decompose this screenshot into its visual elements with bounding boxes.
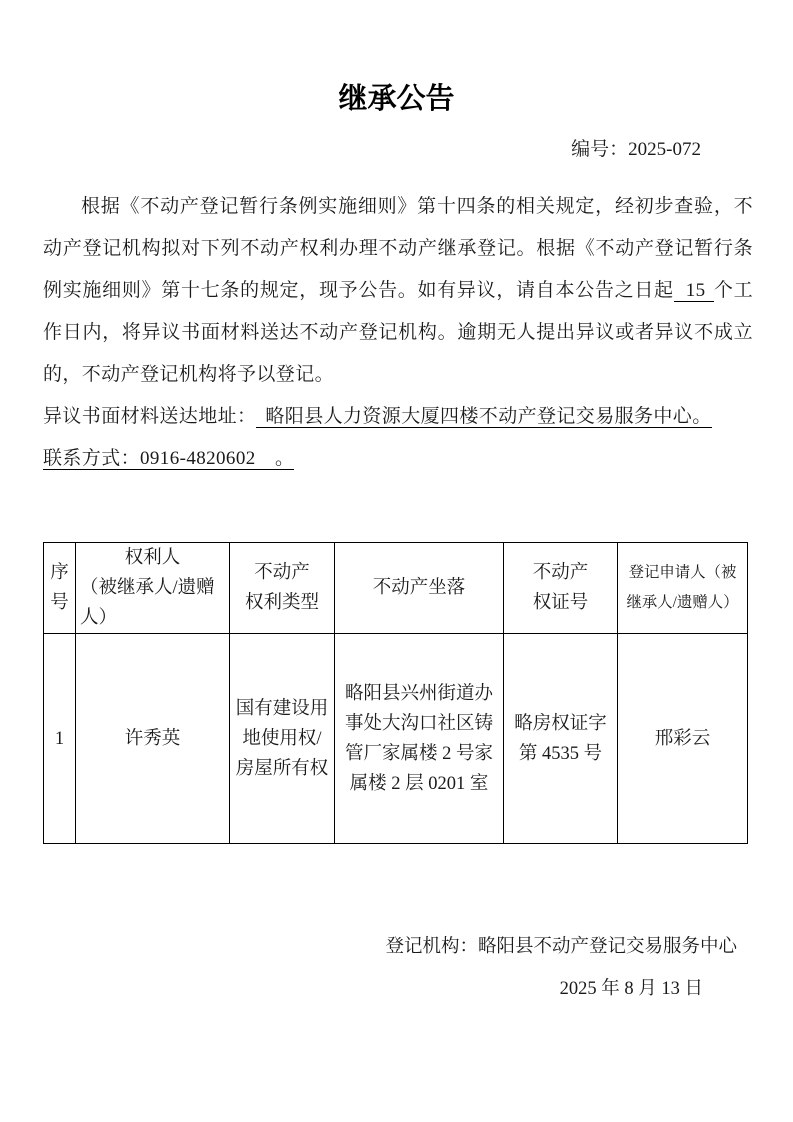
address-value: 略阳县人力资源大厦四楼不动产登记交易服务中心。 <box>256 406 711 428</box>
cell-right-type: 国有建设用地使用权/房屋所有权 <box>230 634 335 844</box>
cell-applicant: 邢彩云 <box>618 634 748 844</box>
contact-value: 联系方式：0916-4820602 。 <box>43 448 294 470</box>
header-right-holder-title: 权利人 <box>80 543 225 573</box>
announcement-date: 2025 年 8 月 13 日 <box>0 968 793 1010</box>
cell-right-holder: 许秀英 <box>76 634 230 844</box>
header-applicant: 登记申请人（被继承人/遗赠人） <box>618 543 748 634</box>
cell-index: 1 <box>44 634 76 844</box>
signature-block: 登记机构：略阳县不动产登记交易服务中心 2025 年 8 月 13 日 <box>0 926 793 1010</box>
paragraph-text-before-days: 根据《不动产登记暂行条例实施细则》第十四条的相关规定，经初步查验，不动产登记机构… <box>43 196 753 301</box>
announcement-body: 根据《不动产登记暂行条例实施细则》第十四条的相关规定，经初步查验，不动产登记机构… <box>43 186 753 480</box>
main-paragraph: 根据《不动产登记暂行条例实施细则》第十四条的相关规定，经初步查验，不动产登记机构… <box>43 186 753 396</box>
cell-location: 略阳县兴州街道办事处大沟口社区铸管厂家属楼 2 号家属楼 2 层 0201 室 <box>335 634 504 844</box>
objection-days-value: 15 <box>674 280 714 302</box>
cell-cert-no: 略房权证字第 4535 号 <box>504 634 618 844</box>
address-line: 异议书面材料送达地址：略阳县人力资源大厦四楼不动产登记交易服务中心。 <box>43 396 753 438</box>
header-right-type: 不动产 权利类型 <box>230 543 335 634</box>
contact-line: 联系方式：0916-4820602 。 <box>43 438 753 480</box>
registration-authority-line: 登记机构：略阳县不动产登记交易服务中心 <box>0 926 793 968</box>
table-header-row: 序 号 权利人 （被继承人/遗赠人） 不动产 权利类型 不动产坐落 不动产 权证… <box>44 543 748 634</box>
header-right-holder-sub: （被继承人/遗赠人） <box>80 573 225 633</box>
header-right-holder: 权利人 （被继承人/遗赠人） <box>76 543 230 634</box>
announcement-page: 继承公告 编号：2025-072 根据《不动产登记暂行条例实施细则》第十四条的相… <box>0 0 793 1122</box>
document-number: 编号：2025-072 <box>0 136 793 164</box>
header-location: 不动产坐落 <box>335 543 504 634</box>
header-index: 序 号 <box>44 543 76 634</box>
inheritance-table: 序 号 权利人 （被继承人/遗赠人） 不动产 权利类型 不动产坐落 不动产 权证… <box>43 542 748 844</box>
table-row: 1 许秀英 国有建设用地使用权/房屋所有权 略阳县兴州街道办事处大沟口社区铸管厂… <box>44 634 748 844</box>
page-title: 继承公告 <box>0 76 793 122</box>
address-label: 异议书面材料送达地址： <box>43 406 256 427</box>
header-cert-no: 不动产 权证号 <box>504 543 618 634</box>
